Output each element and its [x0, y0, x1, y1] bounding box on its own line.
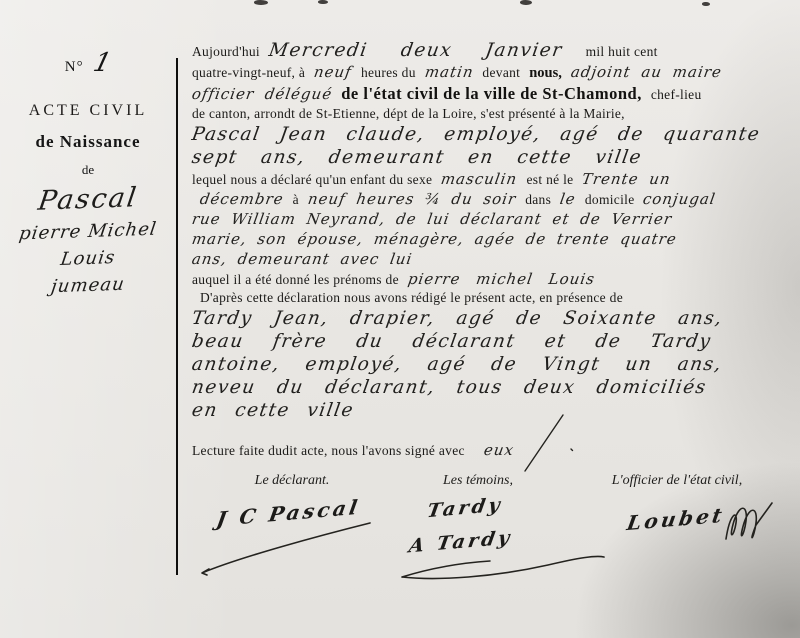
body-line: Aujourd'huiMercredi deux Janviermil huit…	[192, 40, 790, 61]
handwritten-text: ans, demeurant avec lui	[191, 250, 414, 268]
body-line: beau frère du déclarant et de Tardy	[192, 331, 790, 352]
body-line: Pascal Jean claude, employé, agé de quar…	[192, 124, 790, 145]
printed-text: de l'état civil de la ville de St-Chamon…	[341, 84, 642, 104]
signature-labels-row: Le déclarant. Les témoins, L'officier de…	[192, 473, 790, 489]
handwritten-text: le	[559, 190, 578, 208]
handwritten-text: matin	[423, 63, 475, 81]
printed-text: dans	[525, 192, 551, 208]
printed-text: est né le	[527, 172, 574, 188]
body-line: lequel nous a déclaré qu'un enfant du se…	[192, 170, 790, 188]
scan-artifact	[318, 0, 328, 4]
handwritten-text: conjugal	[642, 190, 718, 208]
handwritten-text: antoine, employé, agé de Vingt un ans,	[190, 354, 723, 375]
handwritten-text: Tardy Jean, drapier, agé de Soixante ans…	[190, 308, 724, 329]
margin-child-firstnames: pierre Michel	[0, 218, 178, 245]
handwritten-text: rue William Neyrand, de lui déclarant et…	[191, 210, 674, 228]
body-line: décembreàneuf heures ¾ du soirdansledomi…	[192, 190, 790, 208]
margin-child-surname: Pascal	[0, 181, 179, 218]
body-line: quatre-vingt-neuf, àneufheures dumatinde…	[192, 63, 790, 82]
margin-child-firstnames: Louis	[0, 245, 178, 272]
handwritten-text: Mercredi deux Janvier	[267, 40, 564, 61]
handwritten-text: décembre	[199, 190, 285, 208]
scan-artifact	[254, 0, 268, 5]
pen-slash-flourish	[523, 433, 577, 455]
signature-flourish	[720, 501, 790, 549]
printed-text: auquel il a été donné les prénoms de	[192, 272, 399, 288]
margin-twin-note: jumeau	[0, 272, 178, 299]
act-title: ACTE CIVIL	[0, 102, 176, 120]
printed-text: Lecture faite dudit acte, nous l'avons s…	[192, 443, 465, 459]
handwritten-text: adjoint au maire	[569, 63, 723, 81]
officer-signature-text: Loubet	[625, 503, 726, 535]
body-line: marie, son épouse, ménagère, agée de tre…	[192, 230, 790, 248]
handwritten-text: Trente un	[581, 170, 673, 188]
signatures-row: J C Pascal Tardy A Tardy Loubet	[192, 495, 790, 587]
printed-text: mil huit cent	[586, 44, 658, 60]
signature-officer: Loubet	[572, 495, 790, 587]
printed-text: à	[293, 192, 299, 208]
signature-declarant: J C Pascal	[192, 495, 392, 587]
body-line: de canton, arrondt de St-Etienne, dépt d…	[192, 106, 790, 122]
label-witnesses: Les témoins,	[392, 473, 564, 489]
printed-text: nous,	[529, 65, 562, 82]
printed-text: Aujourd'hui	[192, 44, 260, 60]
handwritten-text: neuf	[313, 63, 354, 81]
body-line: antoine, employé, agé de Vingt un ans,	[192, 354, 790, 375]
scan-artifact	[520, 0, 532, 5]
printed-text: domicile	[585, 192, 635, 208]
body-line: officier déléguéde l'état civil de la vi…	[192, 84, 790, 104]
label-officer: L'officier de l'état civil,	[564, 473, 790, 489]
handwritten-text: officier délégué	[191, 85, 334, 103]
scan-artifact	[702, 2, 710, 6]
handwritten-text: Pascal Jean claude, employé, agé de quar…	[190, 124, 761, 145]
witness1-signature-text: Tardy	[426, 494, 505, 522]
handwritten-text: marie, son épouse, ménagère, agée de tre…	[191, 230, 679, 248]
body-line: Lecture faite dudit acte, nous l'avons s…	[192, 433, 790, 459]
body-lines: Aujourd'huiMercredi deux Janviermil huit…	[192, 40, 790, 459]
margin-column: N°1 ACTE CIVIL de Naissance de Pascal pi…	[0, 48, 176, 296]
signature-flourish	[192, 519, 382, 579]
body-line: Tardy Jean, drapier, agé de Soixante ans…	[192, 308, 790, 329]
body-line: rue William Neyrand, de lui déclarant et…	[192, 210, 790, 228]
handwritten-text: sept ans, demeurant en cette ville	[190, 147, 643, 168]
act-number-value: 1	[90, 48, 115, 78]
body-line: neveu du déclarant, tous deux domiciliés	[192, 377, 790, 398]
printed-text: lequel nous a déclaré qu'un enfant du se…	[192, 172, 432, 188]
handwritten-text: pierre michel Louis	[406, 270, 596, 288]
body-line: D'après cette déclaration nous avons réd…	[192, 290, 790, 306]
body-line: auquel il a été donné les prénoms depier…	[192, 270, 790, 288]
label-declarant: Le déclarant.	[192, 473, 392, 489]
printed-text: devant	[482, 65, 520, 81]
printed-text: chef-lieu	[651, 87, 702, 103]
handwritten-text: eux	[482, 441, 515, 459]
signature-witnesses: Tardy A Tardy	[392, 495, 572, 587]
printed-text: quatre-vingt-neuf, à	[192, 65, 305, 81]
handwritten-text: neuf heures ¾ du soir	[307, 190, 518, 208]
act-subtitle: de Naissance	[0, 132, 176, 152]
scanned-birth-certificate: N°1 ACTE CIVIL de Naissance de Pascal pi…	[0, 0, 800, 638]
body-line: sept ans, demeurant en cette ville	[192, 147, 790, 168]
body-line: ans, demeurant avec lui	[192, 250, 790, 268]
act-number: N°1	[0, 48, 176, 78]
act-body: Aujourd'huiMercredi deux Janviermil huit…	[192, 40, 790, 587]
printed-text: heures du	[361, 65, 416, 81]
handwritten-text: neveu du déclarant, tous deux domiciliés	[190, 377, 708, 398]
of-label: de	[0, 162, 176, 178]
handwritten-text: masculin	[440, 170, 519, 188]
handwritten-text: beau frère du déclarant et de Tardy	[190, 331, 713, 352]
handwritten-text: en cette ville	[190, 400, 355, 421]
printed-text: de canton, arrondt de St-Etienne, dépt d…	[192, 106, 625, 122]
body-line: en cette ville	[192, 400, 790, 421]
act-number-prefix: N°	[65, 59, 84, 75]
printed-text: D'après cette déclaration nous avons réd…	[200, 290, 623, 306]
margin-separator-rule	[176, 58, 178, 575]
